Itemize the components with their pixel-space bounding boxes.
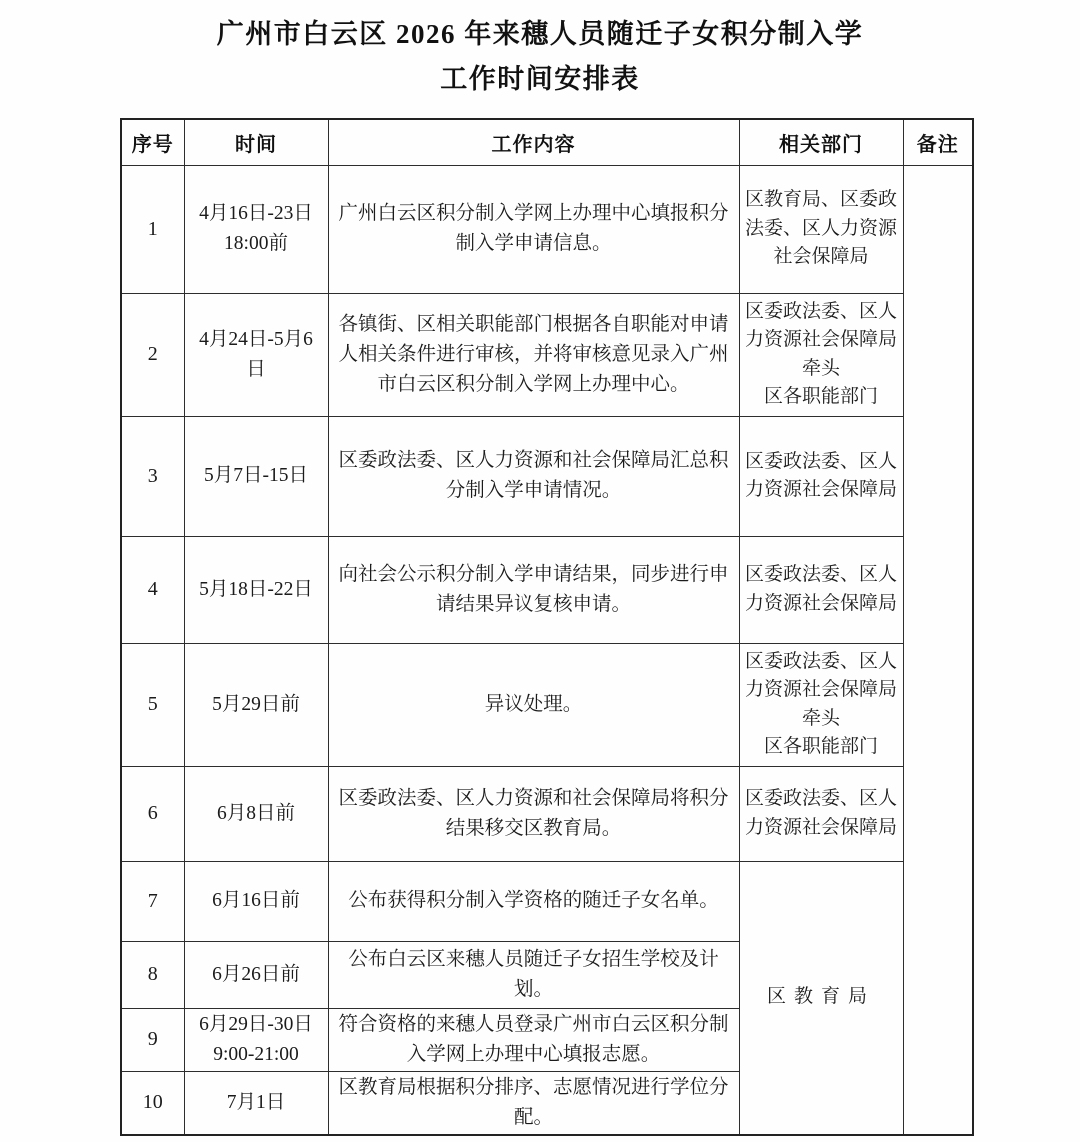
row4-time: 5月18日-22日 — [184, 536, 328, 643]
header-dept: 相关部门 — [739, 119, 903, 165]
row1-time: 4月16日-23日 18:00前 — [184, 165, 328, 293]
row10-time: 7月1日 — [184, 1071, 328, 1135]
row10-no: 10 — [121, 1071, 184, 1135]
row4-no: 4 — [121, 536, 184, 643]
row9-no: 9 — [121, 1008, 184, 1071]
row4-content: 向社会公示积分制入学申请结果，同步进行申请结果异议复核申请。 — [328, 536, 739, 643]
table-row: 1 4月16日-23日 18:00前 广州白云区积分制入学网上办理中心填报积分制… — [121, 165, 973, 293]
row9-content: 符合资格的来穗人员登录广州市白云区积分制入学网上办理中心填报志愿。 — [328, 1008, 739, 1071]
row7-content: 公布获得积分制入学资格的随迁子女名单。 — [328, 861, 739, 941]
row3-dept: 区委政法委、区人力资源社会保障局 — [739, 416, 903, 536]
row2-content: 各镇街、区相关职能部门根据各自职能对申请人相关条件进行审核，并将审核意见录入广州… — [328, 293, 739, 416]
schedule-table: 序号 时间 工作内容 相关部门 备注 1 4月16日-23日 18:00前 广州… — [120, 118, 974, 1136]
table-row: 5 5月29日前 异议处理。 区委政法委、区人力资源社会保障局牵头 区各职能部门 — [121, 643, 973, 766]
row8-time: 6月26日前 — [184, 941, 328, 1008]
row7-time: 6月16日前 — [184, 861, 328, 941]
header-content: 工作内容 — [328, 119, 739, 165]
row1-no: 1 — [121, 165, 184, 293]
row3-content: 区委政法委、区人力资源和社会保障局汇总积分制入学申请情况。 — [328, 416, 739, 536]
row9-time: 6月29日-30日 9:00-21:00 — [184, 1008, 328, 1071]
table-header-row: 序号 时间 工作内容 相关部门 备注 — [121, 119, 973, 165]
row6-dept: 区委政法委、区人力资源社会保障局 — [739, 766, 903, 861]
row10-content: 区教育局根据积分排序、志愿情况进行学位分配。 — [328, 1071, 739, 1135]
header-time: 时间 — [184, 119, 328, 165]
row5-content: 异议处理。 — [328, 643, 739, 766]
table-row: 7 6月16日前 公布获得积分制入学资格的随迁子女名单。 区教育局 — [121, 861, 973, 941]
row3-time: 5月7日-15日 — [184, 416, 328, 536]
row7-no: 7 — [121, 861, 184, 941]
row4-dept: 区委政法委、区人力资源社会保障局 — [739, 536, 903, 643]
table-row: 2 4月24日-5月6日 各镇街、区相关职能部门根据各自职能对申请人相关条件进行… — [121, 293, 973, 416]
title-line-1: 广州市白云区 2026 年来穗人员随迁子女积分制入学 — [0, 12, 1080, 57]
row8-content: 公布白云区来穗人员随迁子女招生学校及计划。 — [328, 941, 739, 1008]
row2-dept: 区委政法委、区人力资源社会保障局牵头 区各职能部门 — [739, 293, 903, 416]
header-no: 序号 — [121, 119, 184, 165]
row5-dept: 区委政法委、区人力资源社会保障局牵头 区各职能部门 — [739, 643, 903, 766]
row6-time: 6月8日前 — [184, 766, 328, 861]
row8-no: 8 — [121, 941, 184, 1008]
dept-merged-cell: 区教育局 — [739, 861, 903, 1135]
row2-time: 4月24日-5月6日 — [184, 293, 328, 416]
row2-no: 2 — [121, 293, 184, 416]
row1-dept: 区教育局、区委政法委、区人力资源社会保障局 — [739, 165, 903, 293]
header-remark: 备注 — [903, 119, 973, 165]
table-row: 6 6月8日前 区委政法委、区人力资源和社会保障局将积分结果移交区教育局。 区委… — [121, 766, 973, 861]
title-line-2: 工作时间安排表 — [0, 57, 1080, 102]
document-title: 广州市白云区 2026 年来穗人员随迁子女积分制入学 工作时间安排表 — [0, 12, 1080, 102]
row6-content: 区委政法委、区人力资源和社会保障局将积分结果移交区教育局。 — [328, 766, 739, 861]
row6-no: 6 — [121, 766, 184, 861]
remark-merged-cell — [903, 165, 973, 1135]
row3-no: 3 — [121, 416, 184, 536]
table-row: 3 5月7日-15日 区委政法委、区人力资源和社会保障局汇总积分制入学申请情况。… — [121, 416, 973, 536]
row5-no: 5 — [121, 643, 184, 766]
table-row: 4 5月18日-22日 向社会公示积分制入学申请结果，同步进行申请结果异议复核申… — [121, 536, 973, 643]
row5-time: 5月29日前 — [184, 643, 328, 766]
document-page: 广州市白云区 2026 年来穗人员随迁子女积分制入学 工作时间安排表 序号 时间… — [0, 0, 1080, 1142]
row1-content: 广州白云区积分制入学网上办理中心填报积分制入学申请信息。 — [328, 165, 739, 293]
